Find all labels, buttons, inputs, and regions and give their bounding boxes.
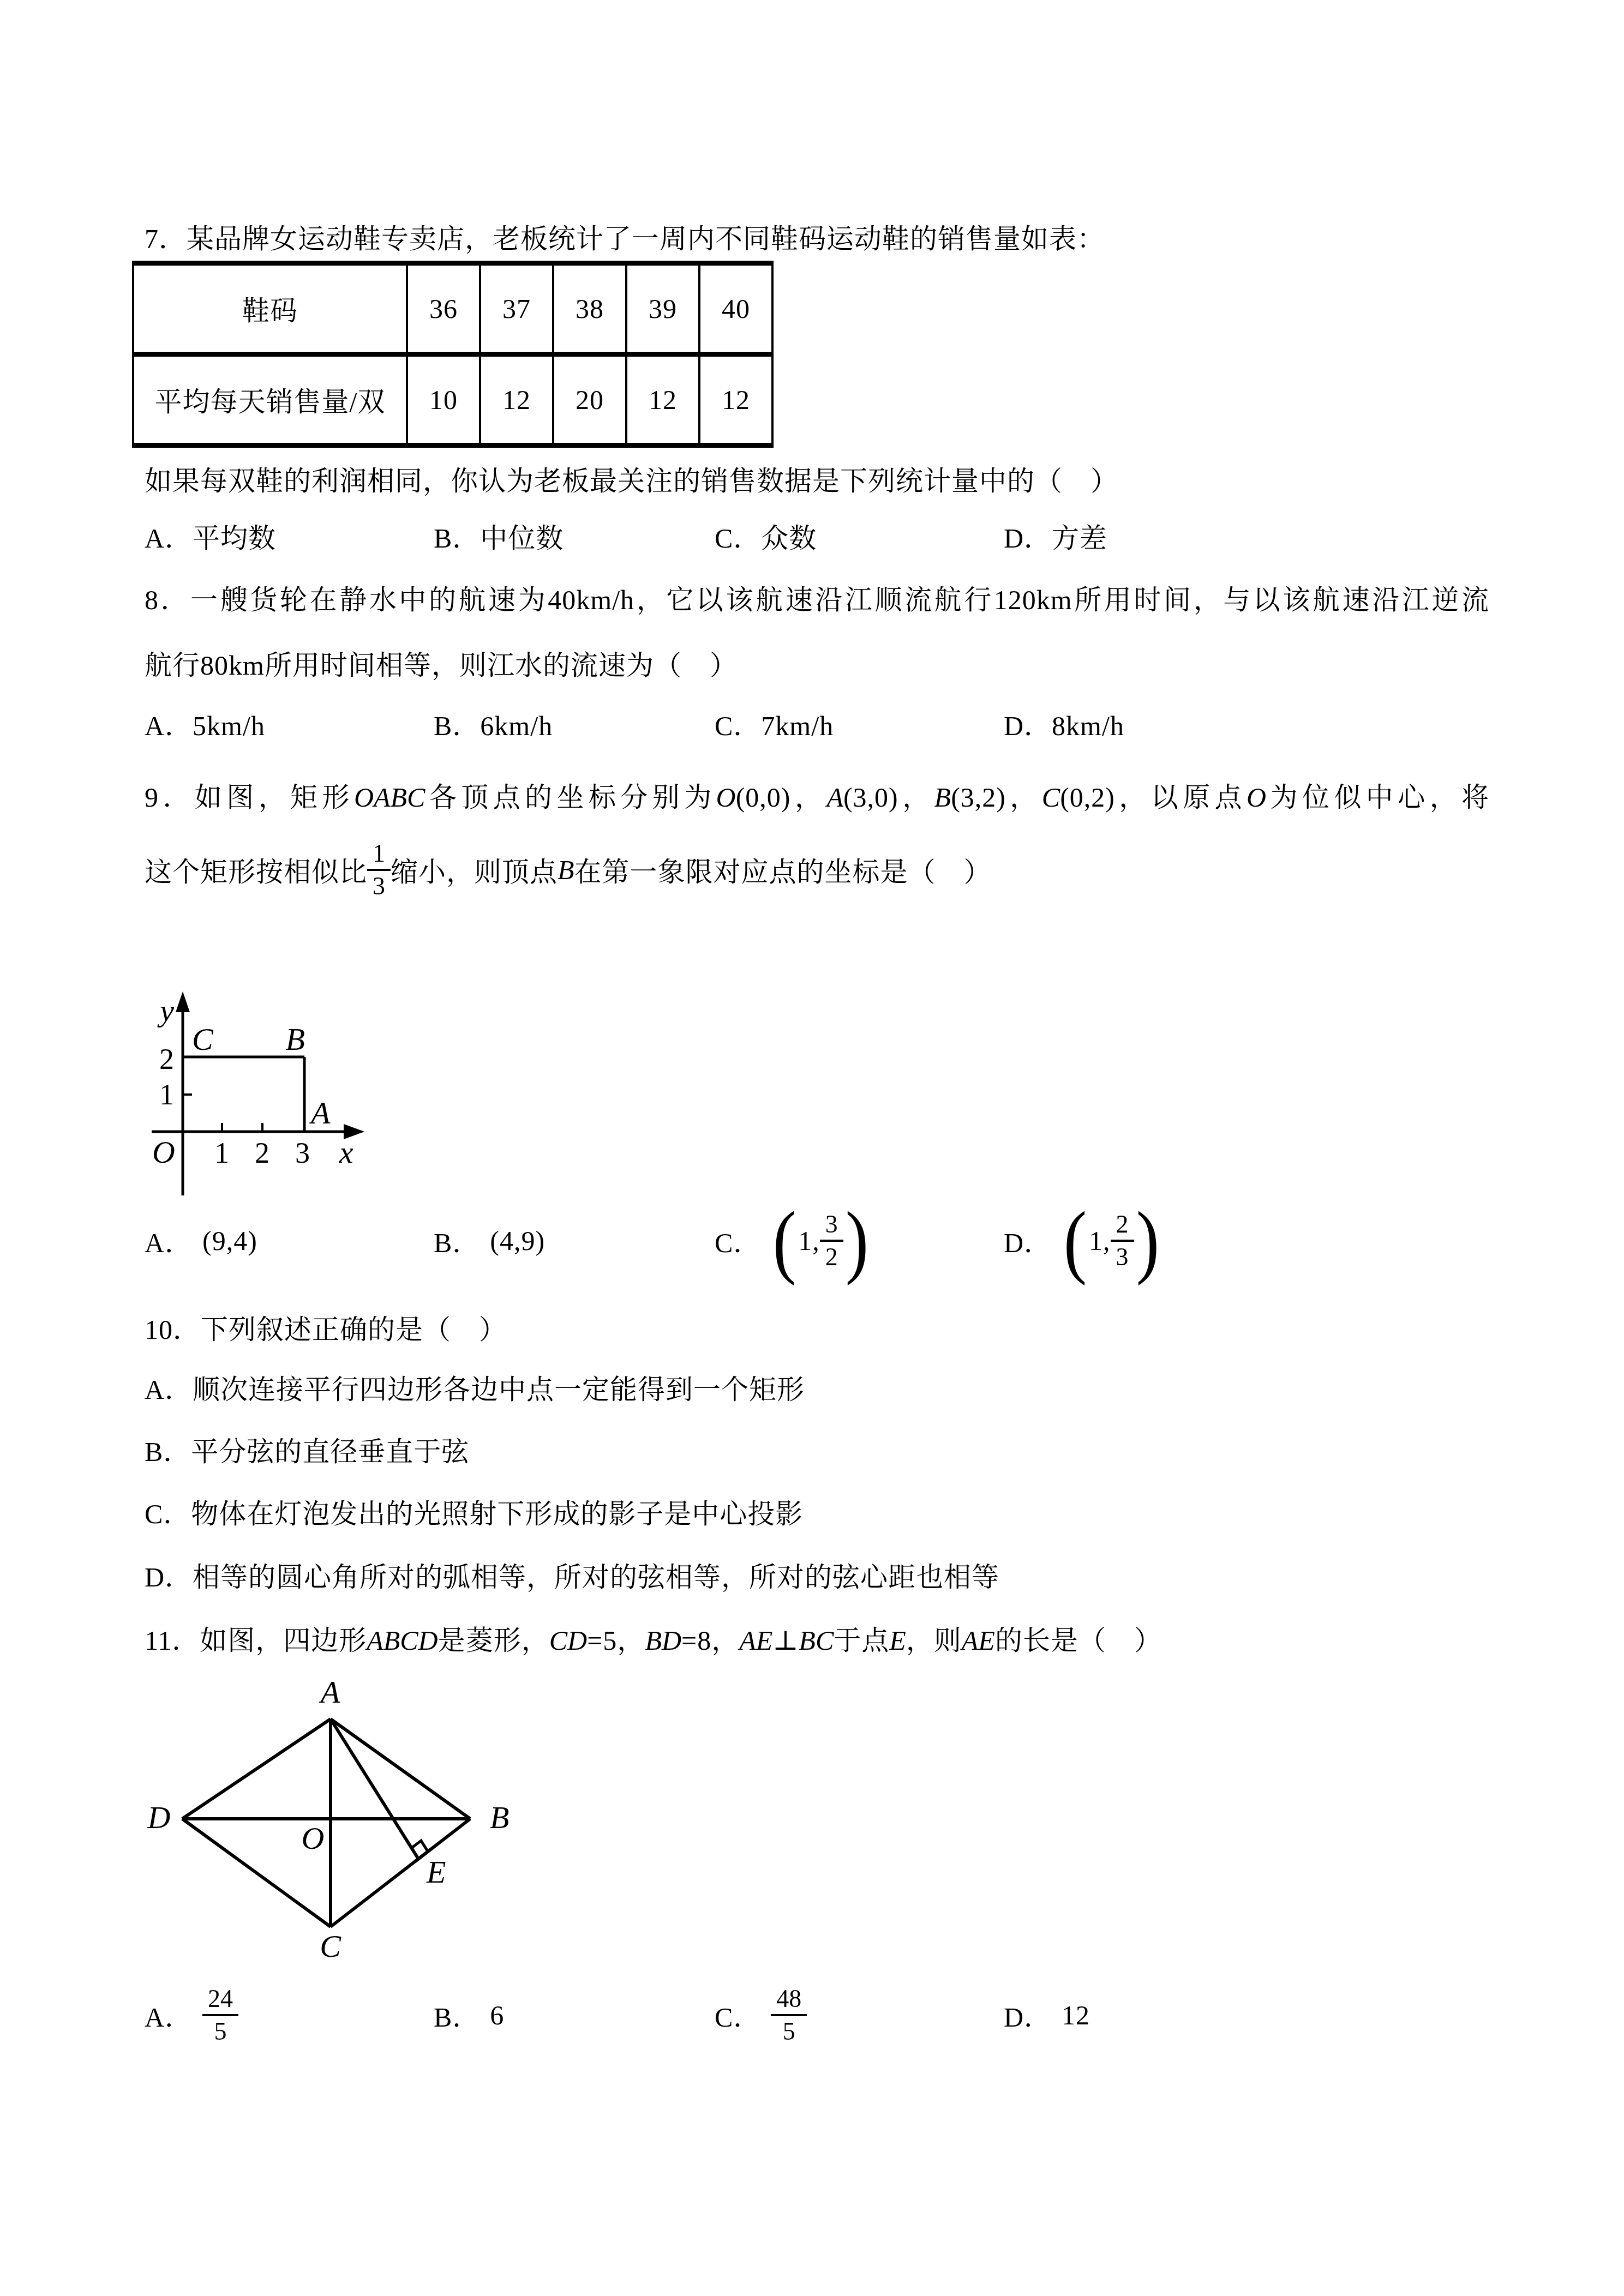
- q11-text: 于点: [834, 1625, 889, 1656]
- q11-options-row: A． 245 B． 6 C． 485 D． 12: [0, 1958, 1624, 2072]
- q11-var: BD: [645, 1625, 681, 1656]
- table-cell: 12: [626, 354, 699, 446]
- table-row-label: 平均每天销售量/双: [133, 354, 407, 446]
- q9-text: ，: [1006, 782, 1042, 813]
- q9-text: 为位似中心，将: [1266, 782, 1489, 813]
- q11-var: AE: [739, 1625, 772, 1656]
- y-axis-label: y: [157, 993, 175, 1028]
- point-b-label: B: [286, 1021, 305, 1057]
- fraction: 32: [820, 1210, 843, 1271]
- q9-option-d: D． ( 1, 23 ): [1004, 1183, 1161, 1298]
- y-axis-arrow-icon: [176, 991, 190, 1012]
- fraction-one-third: 13: [367, 839, 391, 900]
- q8-stem-line1: 8．一艘货轮在静水中的航速为40km/h，它以该航速沿江顺流航行120km所用时…: [145, 578, 1489, 617]
- q9-coord: (0,0): [736, 782, 791, 813]
- q11-var: AE: [962, 1625, 995, 1656]
- q11-text: 是菱形，: [438, 1625, 549, 1656]
- table-header-label: 鞋码: [133, 263, 407, 354]
- table-cell: 36: [407, 263, 480, 354]
- q9-var: O: [716, 782, 736, 813]
- q10-option-b: B．平分弦的直径垂直于弦: [145, 1430, 469, 1469]
- table-cell: 37: [480, 263, 553, 354]
- q9-var: C: [1042, 782, 1060, 813]
- q11-text: ⊥: [772, 1625, 799, 1656]
- q9-coord: (0,2): [1060, 782, 1115, 813]
- q8-option-a: A．5km/h: [145, 705, 265, 743]
- table-cell: 38: [553, 263, 626, 354]
- q11-figure-rhombus: A D B C O E: [125, 1669, 562, 1969]
- q11-option-d: D． 12: [1004, 1958, 1090, 2072]
- table-row: 鞋码 36 37 38 39 40: [133, 263, 772, 354]
- table-cell: 20: [553, 354, 626, 446]
- q9-coord: (3,2): [951, 782, 1006, 813]
- x-axis-label: x: [339, 1134, 354, 1170]
- fraction: 23: [1111, 1210, 1134, 1271]
- table-cell: 39: [626, 263, 699, 354]
- q9-var: B: [934, 782, 951, 813]
- q11-text: =5，: [587, 1625, 645, 1656]
- x-tick-label-1: 1: [214, 1137, 230, 1169]
- q9-stem-line1: 9．如图，矩形OABC各顶点的坐标分别为O(0,0)，A(3,0)，B(3,2)…: [145, 776, 1489, 815]
- x-tick-label-2: 2: [255, 1137, 270, 1169]
- q7-followup: 如果每双鞋的利润相同，你认为老板最关注的销售数据是下列统计量中的（ ）: [145, 459, 1118, 498]
- point-c-label: C: [192, 1021, 214, 1057]
- q9-text: ，: [791, 782, 827, 813]
- q9-stem-line2: 这个矩形按相似比 13 缩小，则顶点 B 在第一象限对应点的坐标是（ ）: [145, 829, 992, 911]
- fraction: 245: [202, 1985, 238, 2045]
- open-paren: (: [1064, 1200, 1087, 1282]
- q8-option-d: D．8km/h: [1004, 705, 1124, 743]
- q10-stem: 10．下列叙述正确的是（ ）: [145, 1308, 507, 1347]
- q11-var: CD: [549, 1625, 587, 1656]
- vertex-a-label: A: [319, 1674, 340, 1710]
- q11-var: E: [889, 1625, 906, 1656]
- close-paren: ): [846, 1200, 868, 1282]
- q9-text: 在第一象限对应点的坐标是（ ）: [574, 850, 992, 889]
- y-tick-label-2: 2: [159, 1043, 175, 1075]
- q11-stem: 11．如图，四边形ABCD是菱形，CD=5，BD=8，AE⊥BC于点E，则AE的…: [145, 1619, 1162, 1658]
- exam-page: 7．某品牌女运动鞋专卖店，老板统计了一周内不同鞋码运动鞋的销售量如表： 鞋码 3…: [0, 0, 1624, 2296]
- q11-text: 11．如图，四边形: [145, 1625, 367, 1656]
- x-tick-label-3: 3: [295, 1137, 310, 1169]
- q9-var: OABC: [354, 782, 426, 813]
- q11-text: ，则: [906, 1625, 962, 1656]
- q10-option-a: A．顺次连接平行四边形各边中点一定能得到一个矩形: [145, 1368, 805, 1407]
- open-paren: (: [773, 1200, 796, 1282]
- q8-option-c: C．7km/h: [715, 705, 834, 743]
- origin-label: O: [152, 1134, 176, 1170]
- table-cell: 40: [699, 263, 772, 354]
- point-a-label: A: [309, 1095, 331, 1131]
- table-cell: 12: [699, 354, 772, 446]
- q9-var: A: [826, 782, 843, 813]
- q9-coord: (3,0): [843, 782, 898, 813]
- q11-option-c: C． 485: [715, 1958, 807, 2072]
- q7-option-c: C．众数: [715, 517, 817, 555]
- fraction: 485: [771, 1985, 807, 2045]
- vertex-b-label: B: [490, 1800, 510, 1835]
- q9-text: 这个矩形按相似比: [145, 850, 367, 889]
- q10-option-c: C．物体在灯泡发出的光照射下形成的影子是中心投影: [145, 1492, 803, 1531]
- q8-stem-line2: 航行80km所用时间相等，则江水的流速为（ ）: [145, 644, 738, 683]
- q11-option-a: A． 245: [145, 1958, 238, 2072]
- table-cell: 12: [480, 354, 553, 446]
- q9-var: B: [558, 854, 574, 886]
- q7-options-row: A．平均数 B．中位数 C．众数 D．方差: [0, 517, 1624, 555]
- q9-options-row: A． (9,4) B． (4,9) C． ( 1, 32 ) D． ( 1, 2…: [0, 1183, 1624, 1298]
- q9-var: O: [1247, 782, 1266, 813]
- side-ab: [331, 1719, 470, 1819]
- q8-options-row: A．5km/h B．6km/h C．7km/h D．8km/h: [0, 705, 1624, 743]
- center-o-label: O: [302, 1820, 325, 1856]
- q9-text: 9．如图，矩形: [145, 782, 354, 813]
- q11-text: =8，: [681, 1625, 739, 1656]
- q11-var: ABCD: [367, 1625, 438, 1656]
- q8-option-b: B．6km/h: [434, 705, 553, 743]
- table-row: 平均每天销售量/双 10 12 20 12 12: [133, 354, 772, 446]
- close-paren: ): [1136, 1200, 1159, 1282]
- q7-option-b: B．中位数: [434, 517, 564, 555]
- q9-option-a: A． (9,4): [145, 1183, 257, 1298]
- q9-text: 缩小，则顶点: [391, 850, 558, 889]
- q11-option-b: B． 6: [434, 1958, 504, 2072]
- q9-text: 各顶点的坐标分别为: [425, 782, 716, 813]
- q7-option-d: D．方差: [1004, 517, 1107, 555]
- side-bc: [331, 1819, 470, 1927]
- q9-option-b: B． (4,9): [434, 1183, 545, 1298]
- q9-text: ，: [898, 782, 934, 813]
- q9-option-c: C． ( 1, 32 ): [715, 1183, 871, 1298]
- q9-text: ，以原点: [1115, 782, 1247, 813]
- q7-stem: 7．某品牌女运动鞋专卖店，老板统计了一周内不同鞋码运动鞋的销售量如表：: [145, 217, 1105, 256]
- y-tick-label-1: 1: [159, 1078, 175, 1111]
- segment-ae: [331, 1719, 418, 1858]
- q11-text: 的长是（ ）: [995, 1625, 1162, 1656]
- vertex-d-label: D: [147, 1800, 171, 1835]
- table-cell: 10: [407, 354, 480, 446]
- q10-option-d: D．相等的圆心角所对的弧相等，所对的弦相等，所对的弦心距也相等: [145, 1555, 999, 1595]
- q7-sales-table: 鞋码 36 37 38 39 40 平均每天销售量/双 10 12 20 12 …: [132, 261, 774, 448]
- side-da: [182, 1719, 331, 1819]
- q11-var: BC: [799, 1625, 834, 1656]
- q7-option-a: A．平均数: [145, 517, 276, 555]
- point-e-label: E: [426, 1854, 446, 1890]
- q9-figure-axes-rectangle: y C B 2 1 A O 1 2 3 x: [125, 960, 518, 1200]
